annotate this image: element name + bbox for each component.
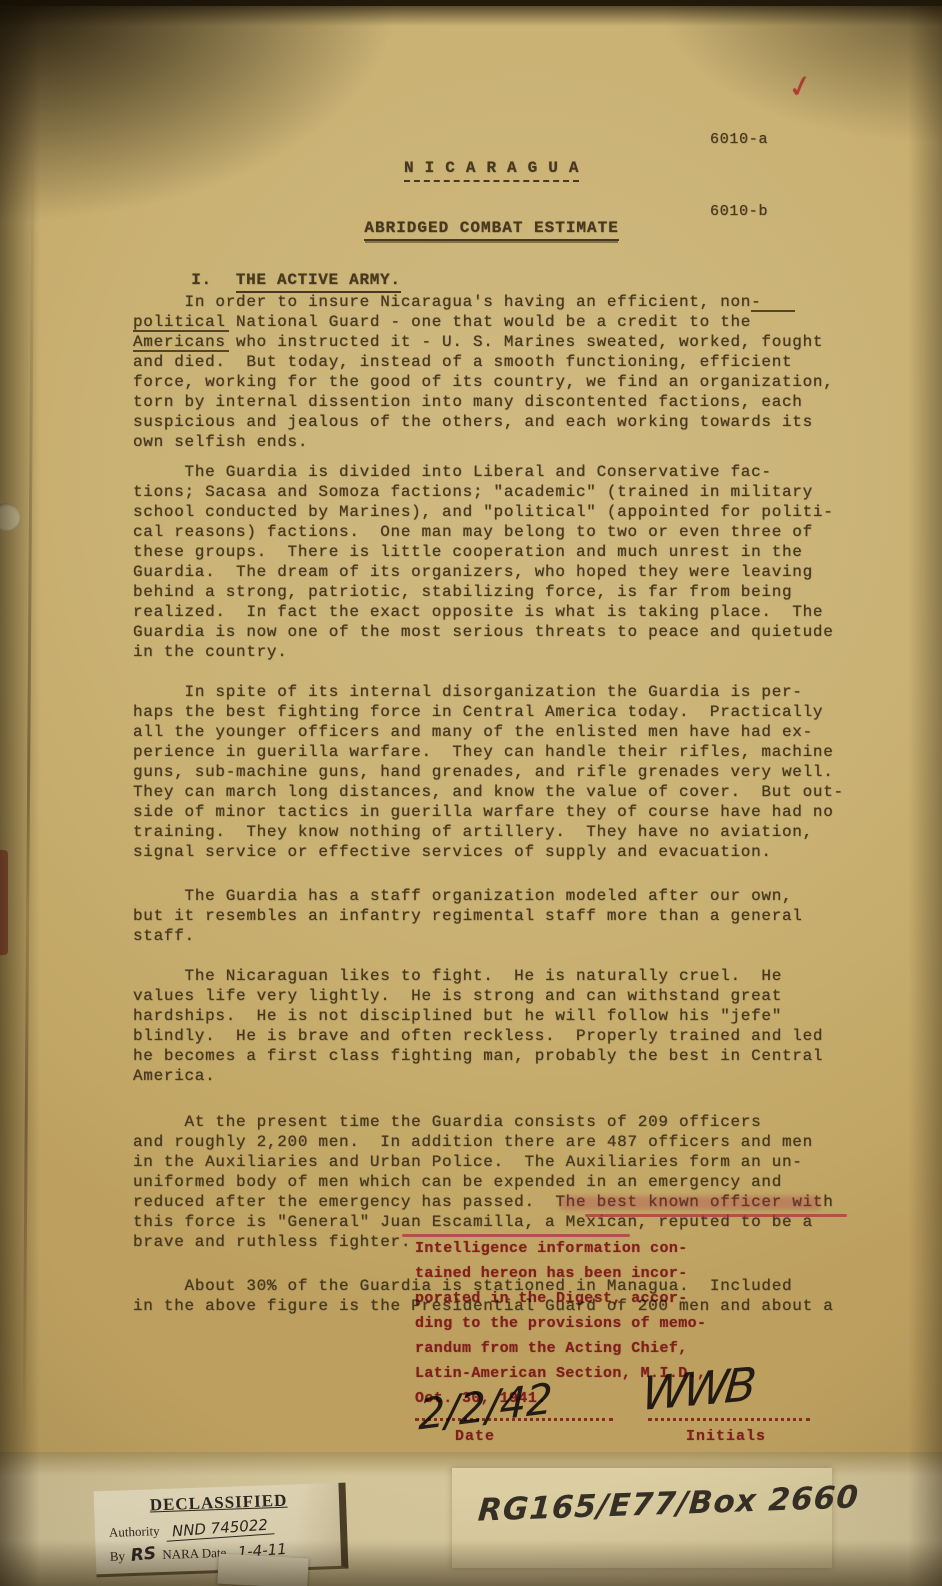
paragraph-4: The Guardia has a staff organization mod… xyxy=(133,886,878,946)
paragraph-2: The Guardia is divided into Liberal and … xyxy=(133,462,878,662)
title-row: N I C A R A G U A xyxy=(0,138,942,198)
by-label: By xyxy=(110,1548,126,1565)
subtitle-row: ABRIDGED COMBAT ESTIMATE xyxy=(0,198,942,258)
document-title: N I C A R A G U A xyxy=(404,159,579,182)
document-subtitle: ABRIDGED COMBAT ESTIMATE xyxy=(364,219,618,241)
by-initials: RS xyxy=(130,1543,157,1566)
authority-value: NND 745022 xyxy=(165,1515,274,1541)
nara-date-label: NARA Date xyxy=(162,1545,226,1563)
declassified-title: DECLASSIFIED xyxy=(108,1489,330,1517)
paragraph-1: In order to insure Nicaragua's having an… xyxy=(133,292,878,452)
red-ink-mark xyxy=(585,1214,847,1217)
document-photo: 6010-a 6010-b ✓ N I C A R A G U A ABRIDG… xyxy=(0,0,942,1586)
authority-label: Authority xyxy=(109,1523,160,1541)
paragraph-3: In spite of its internal disorganization… xyxy=(133,682,878,862)
handwritten-initials: WWB xyxy=(640,1357,755,1421)
paper-tear xyxy=(0,850,8,955)
section-number: I. xyxy=(191,271,212,289)
underline-mark xyxy=(133,330,229,332)
stamp-initials-label: Initials xyxy=(686,1428,766,1445)
stamp-line: porated in the Digest, accor- xyxy=(415,1286,795,1311)
red-ink-mark xyxy=(560,1196,820,1210)
paper-scrap xyxy=(217,1554,308,1586)
section-heading: THE ACTIVE ARMY. xyxy=(236,271,401,293)
paragraph-6: At the present time the Guardia consists… xyxy=(133,1112,878,1252)
stamp-line: ding to the provisions of memo- xyxy=(415,1311,795,1336)
stamp-initials-rule xyxy=(648,1418,810,1421)
stamp-line: tained hereon has been incor- xyxy=(415,1261,795,1286)
underline-mark xyxy=(133,350,229,352)
underline-mark xyxy=(751,310,795,312)
stamp-line: Intelligence information con- xyxy=(415,1236,795,1261)
paragraph-5: The Nicaraguan likes to fight. He is nat… xyxy=(133,966,878,1086)
